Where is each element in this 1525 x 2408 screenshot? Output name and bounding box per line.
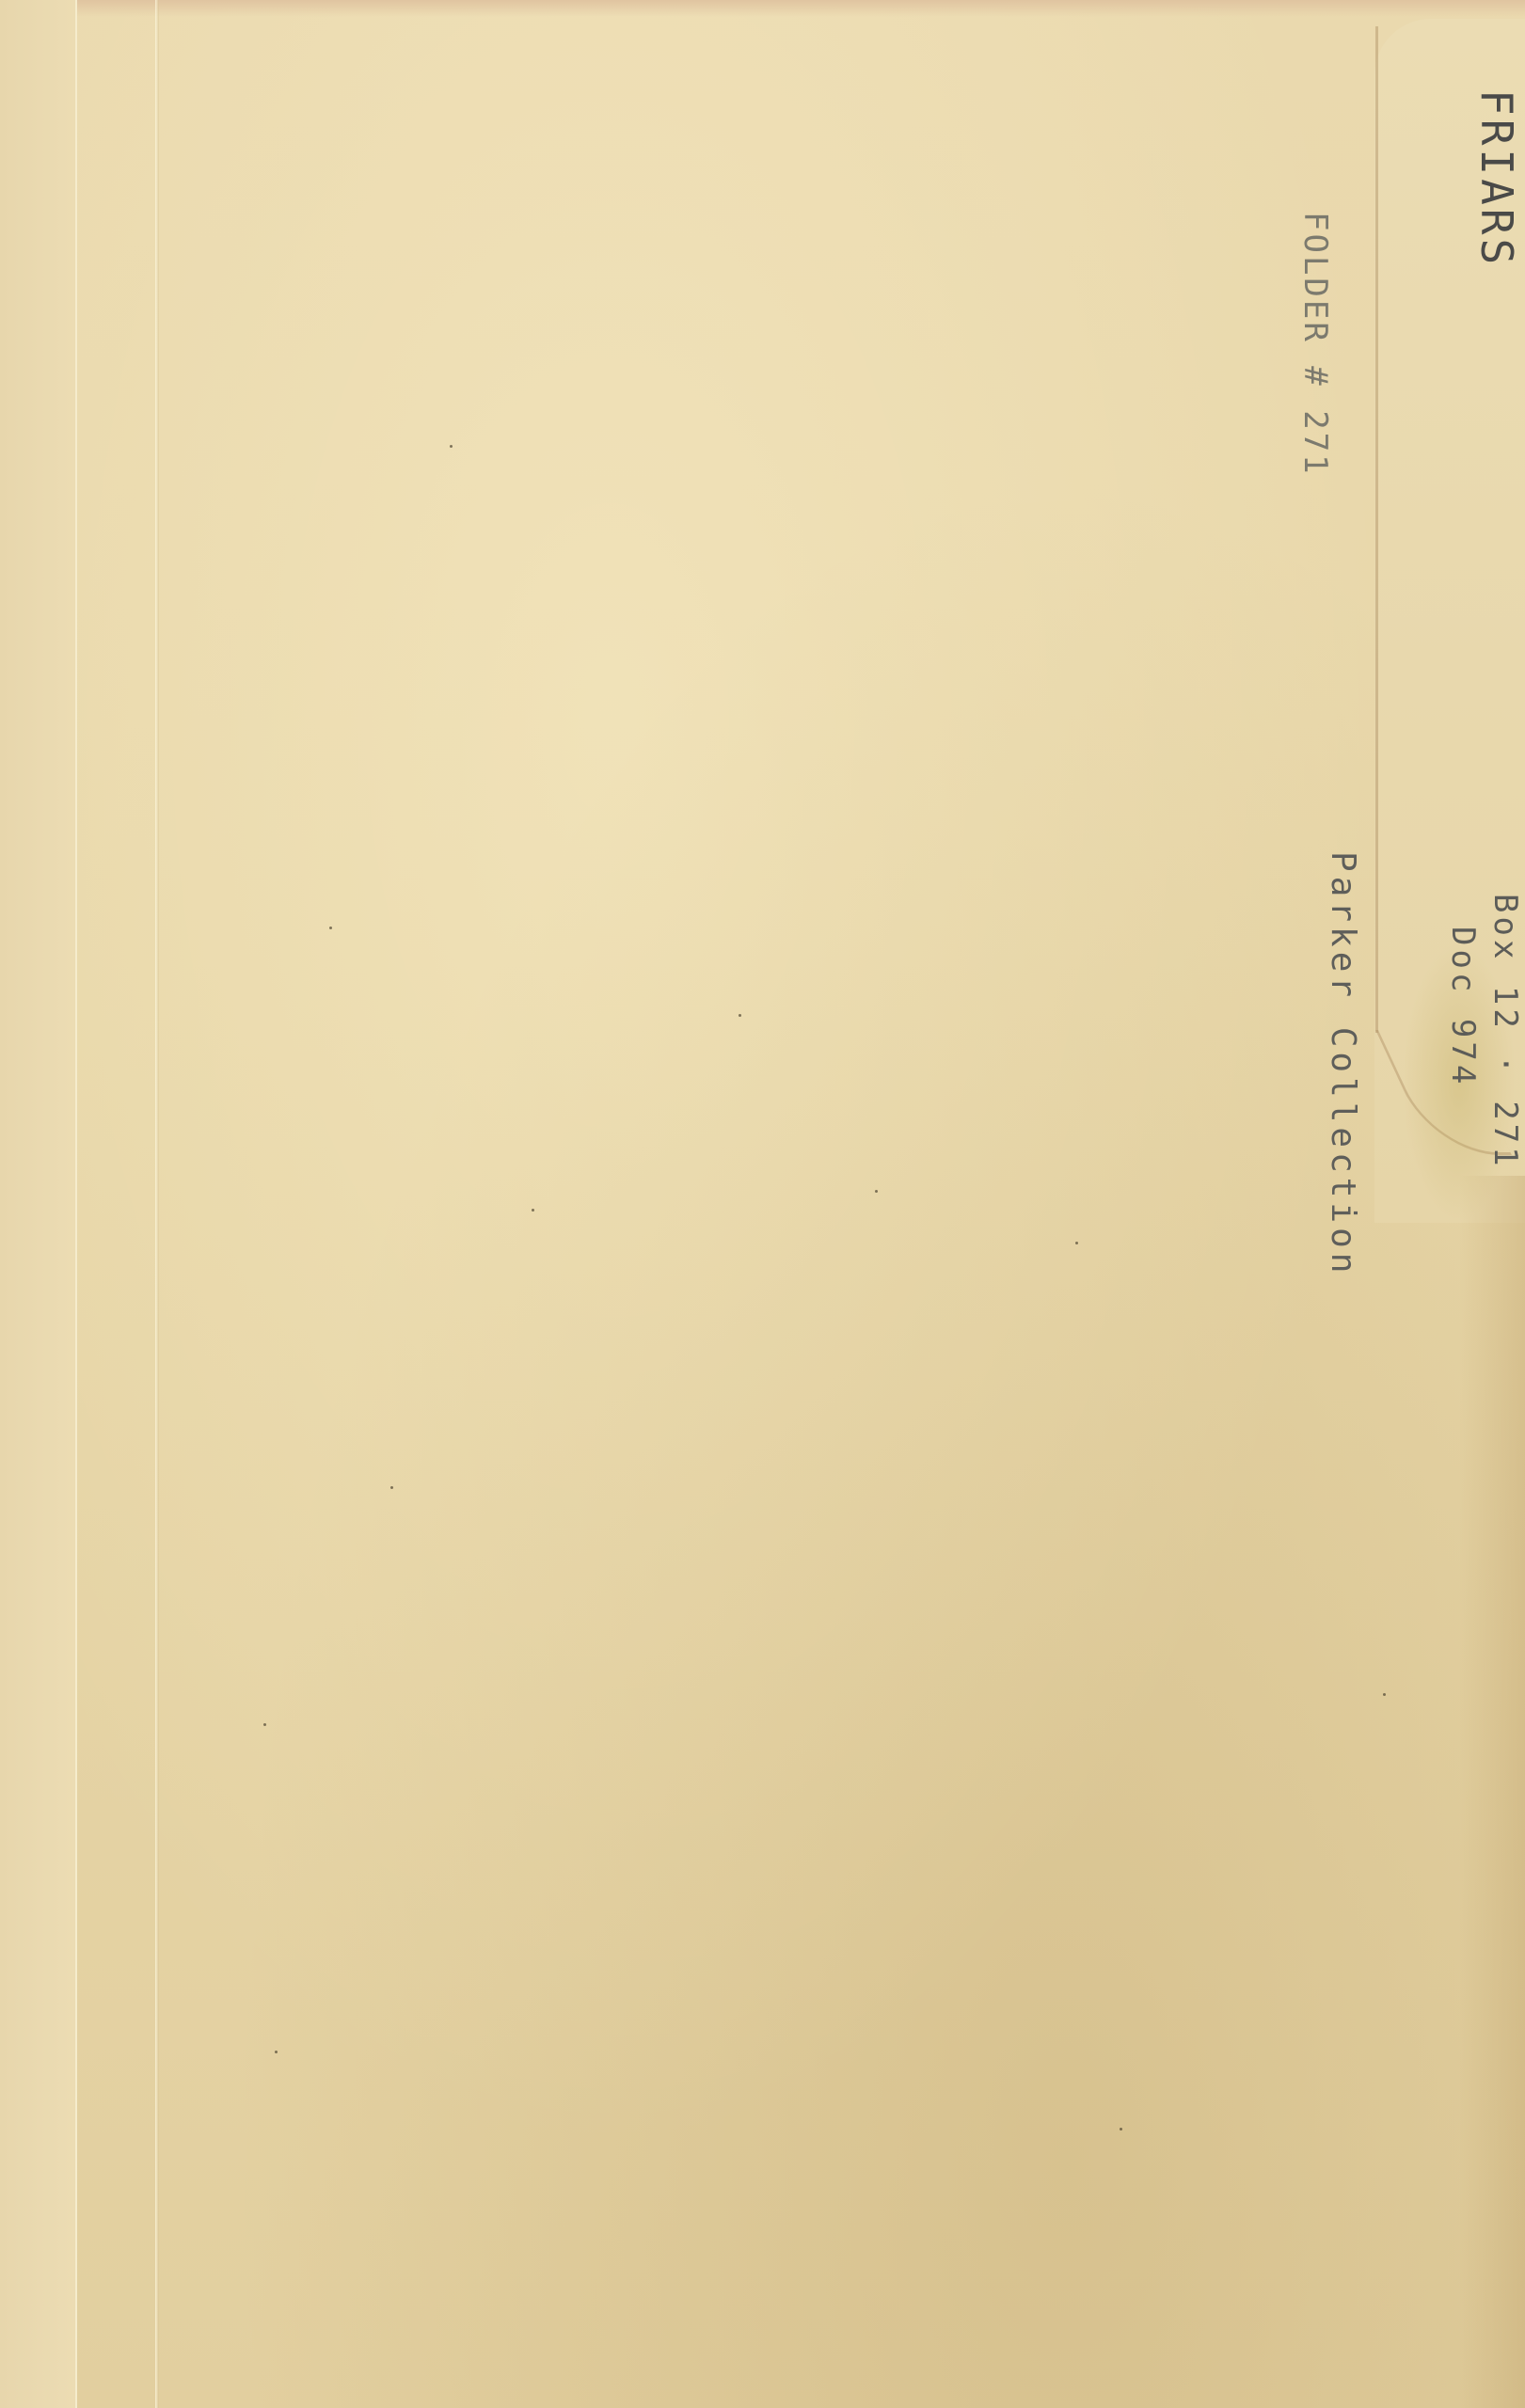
folder-background: FRIARS FOLDER # 271 Box 12 · 271 Doc 974… [0, 0, 1525, 2408]
paper-speck [263, 1723, 266, 1726]
paper-speck [1383, 1693, 1386, 1696]
tab-title-label: FRIARS [1471, 89, 1522, 268]
folder-right-shadow [1459, 1176, 1525, 2408]
paper-speck [275, 2051, 278, 2053]
box-reference-label: Box 12 · 271 [1486, 894, 1524, 1170]
doc-reference-label: Doc 974 [1444, 927, 1482, 1087]
paper-speck [1075, 1242, 1078, 1244]
folder-top-edge [0, 0, 1525, 17]
folder-crease-line [155, 0, 159, 2408]
paper-speck [875, 1190, 878, 1193]
collection-name-label: Parker Collection [1324, 851, 1362, 1277]
folder-left-strip [0, 0, 77, 2408]
paper-speck [329, 927, 332, 929]
folder-tab-edge [1375, 26, 1378, 1033]
paper-speck [739, 1014, 741, 1017]
paper-speck [390, 1486, 393, 1489]
paper-speck [532, 1209, 534, 1212]
paper-speck [1120, 2128, 1122, 2131]
paper-speck [450, 445, 453, 448]
folder-number-label: FOLDER # 271 [1296, 212, 1334, 477]
